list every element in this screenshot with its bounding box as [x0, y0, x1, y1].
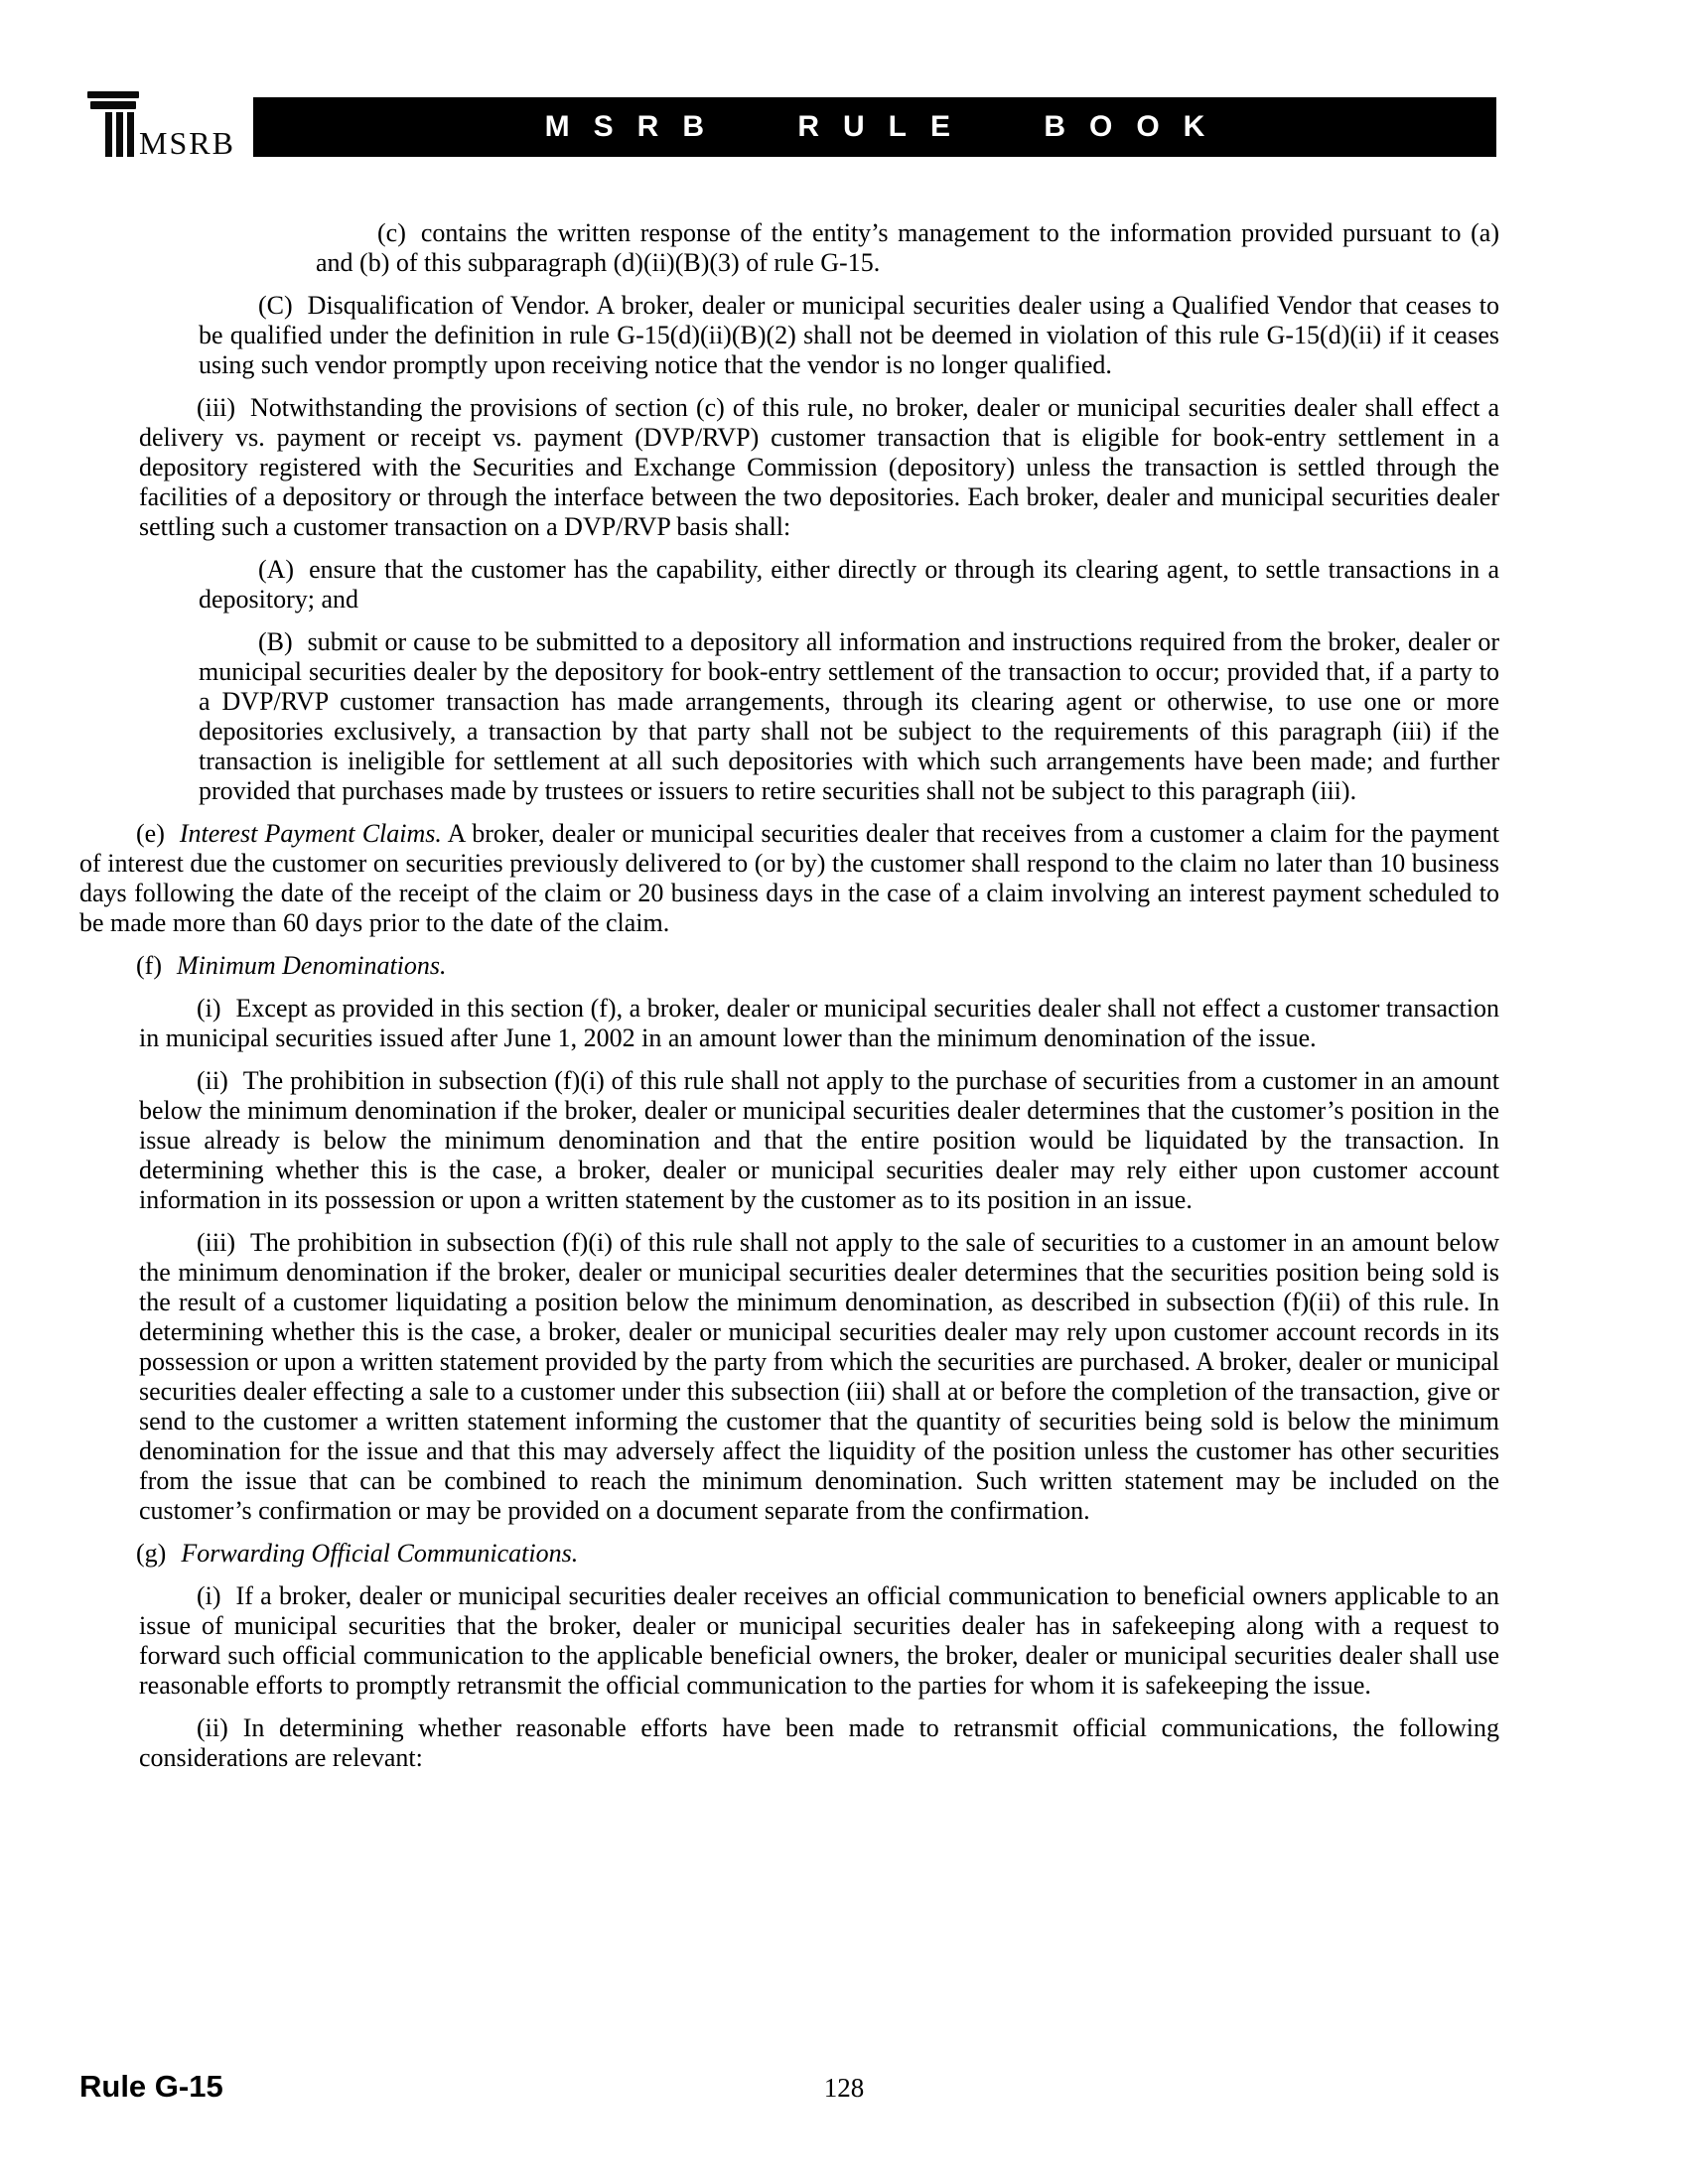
paragraph-heading-italic: Forwarding Official Communications. [181, 1539, 578, 1568]
paragraph-heading-italic: Interest Payment Claims. [180, 819, 442, 848]
rule-paragraph: (ii)The prohibition in subsection (f)(i)… [139, 1066, 1499, 1215]
rule-paragraph: (iii)Notwithstanding the provisions of s… [139, 393, 1499, 542]
paragraph-label: (iii) [197, 1228, 235, 1257]
paragraph-label: (g) [136, 1539, 166, 1568]
rule-paragraph: (c)contains the written response of the … [316, 218, 1499, 278]
paragraph-label: (e) [136, 819, 165, 848]
document-page: MSRB MSRB RULE BOOK (c)contains the writ… [0, 0, 1688, 2184]
paragraph-label: (ii) [197, 1713, 228, 1742]
paragraph-label: (f) [136, 951, 162, 980]
logo-column [116, 112, 123, 157]
rule-book-title: MSRB RULE BOOK [521, 110, 1229, 144]
rule-paragraph: (iii)The prohibition in subsection (f)(i… [139, 1228, 1499, 1526]
rule-paragraph: (A)ensure that the customer has the capa… [199, 555, 1499, 614]
rule-book-title-bar: MSRB RULE BOOK [253, 97, 1496, 157]
rule-paragraph: (ii)In determining whether reasonable ef… [139, 1713, 1499, 1773]
rule-paragraph: (e)Interest Payment Claims. A broker, de… [79, 819, 1499, 938]
rule-paragraph: (f)Minimum Denominations. [79, 951, 1499, 981]
msrb-logo-text: MSRB [139, 127, 235, 159]
rule-paragraph: (g)Forwarding Official Communications. [79, 1539, 1499, 1569]
paragraph-label: (i) [197, 994, 221, 1023]
msrb-columns-icon [87, 91, 139, 157]
logo-capital-bar [87, 91, 139, 98]
paragraph-heading-italic: Minimum Denominations. [177, 951, 447, 980]
paragraph-label: (C) [258, 291, 293, 320]
rule-paragraph: (i)If a broker, dealer or municipal secu… [139, 1581, 1499, 1701]
paragraph-label: (B) [258, 627, 293, 656]
paragraph-label: (i) [197, 1581, 221, 1610]
rule-paragraph: (C)Disqualification of Vendor. A broker,… [199, 291, 1499, 380]
paragraph-label: (ii) [197, 1066, 228, 1095]
paragraph-label: (A) [258, 555, 294, 584]
paragraph-label: (c) [377, 218, 406, 247]
logo-capital-bar-2 [90, 101, 136, 109]
logo-column [127, 112, 134, 157]
logo-column [105, 112, 112, 157]
footer-page-number: 128 [0, 2073, 1688, 2104]
rule-paragraph: (B)submit or cause to be submitted to a … [199, 627, 1499, 806]
rule-text-body: (c)contains the written response of the … [79, 218, 1499, 1786]
rule-paragraph: (i)Except as provided in this section (f… [139, 994, 1499, 1053]
msrb-logo: MSRB [87, 91, 246, 161]
paragraph-label: (iii) [197, 393, 235, 422]
